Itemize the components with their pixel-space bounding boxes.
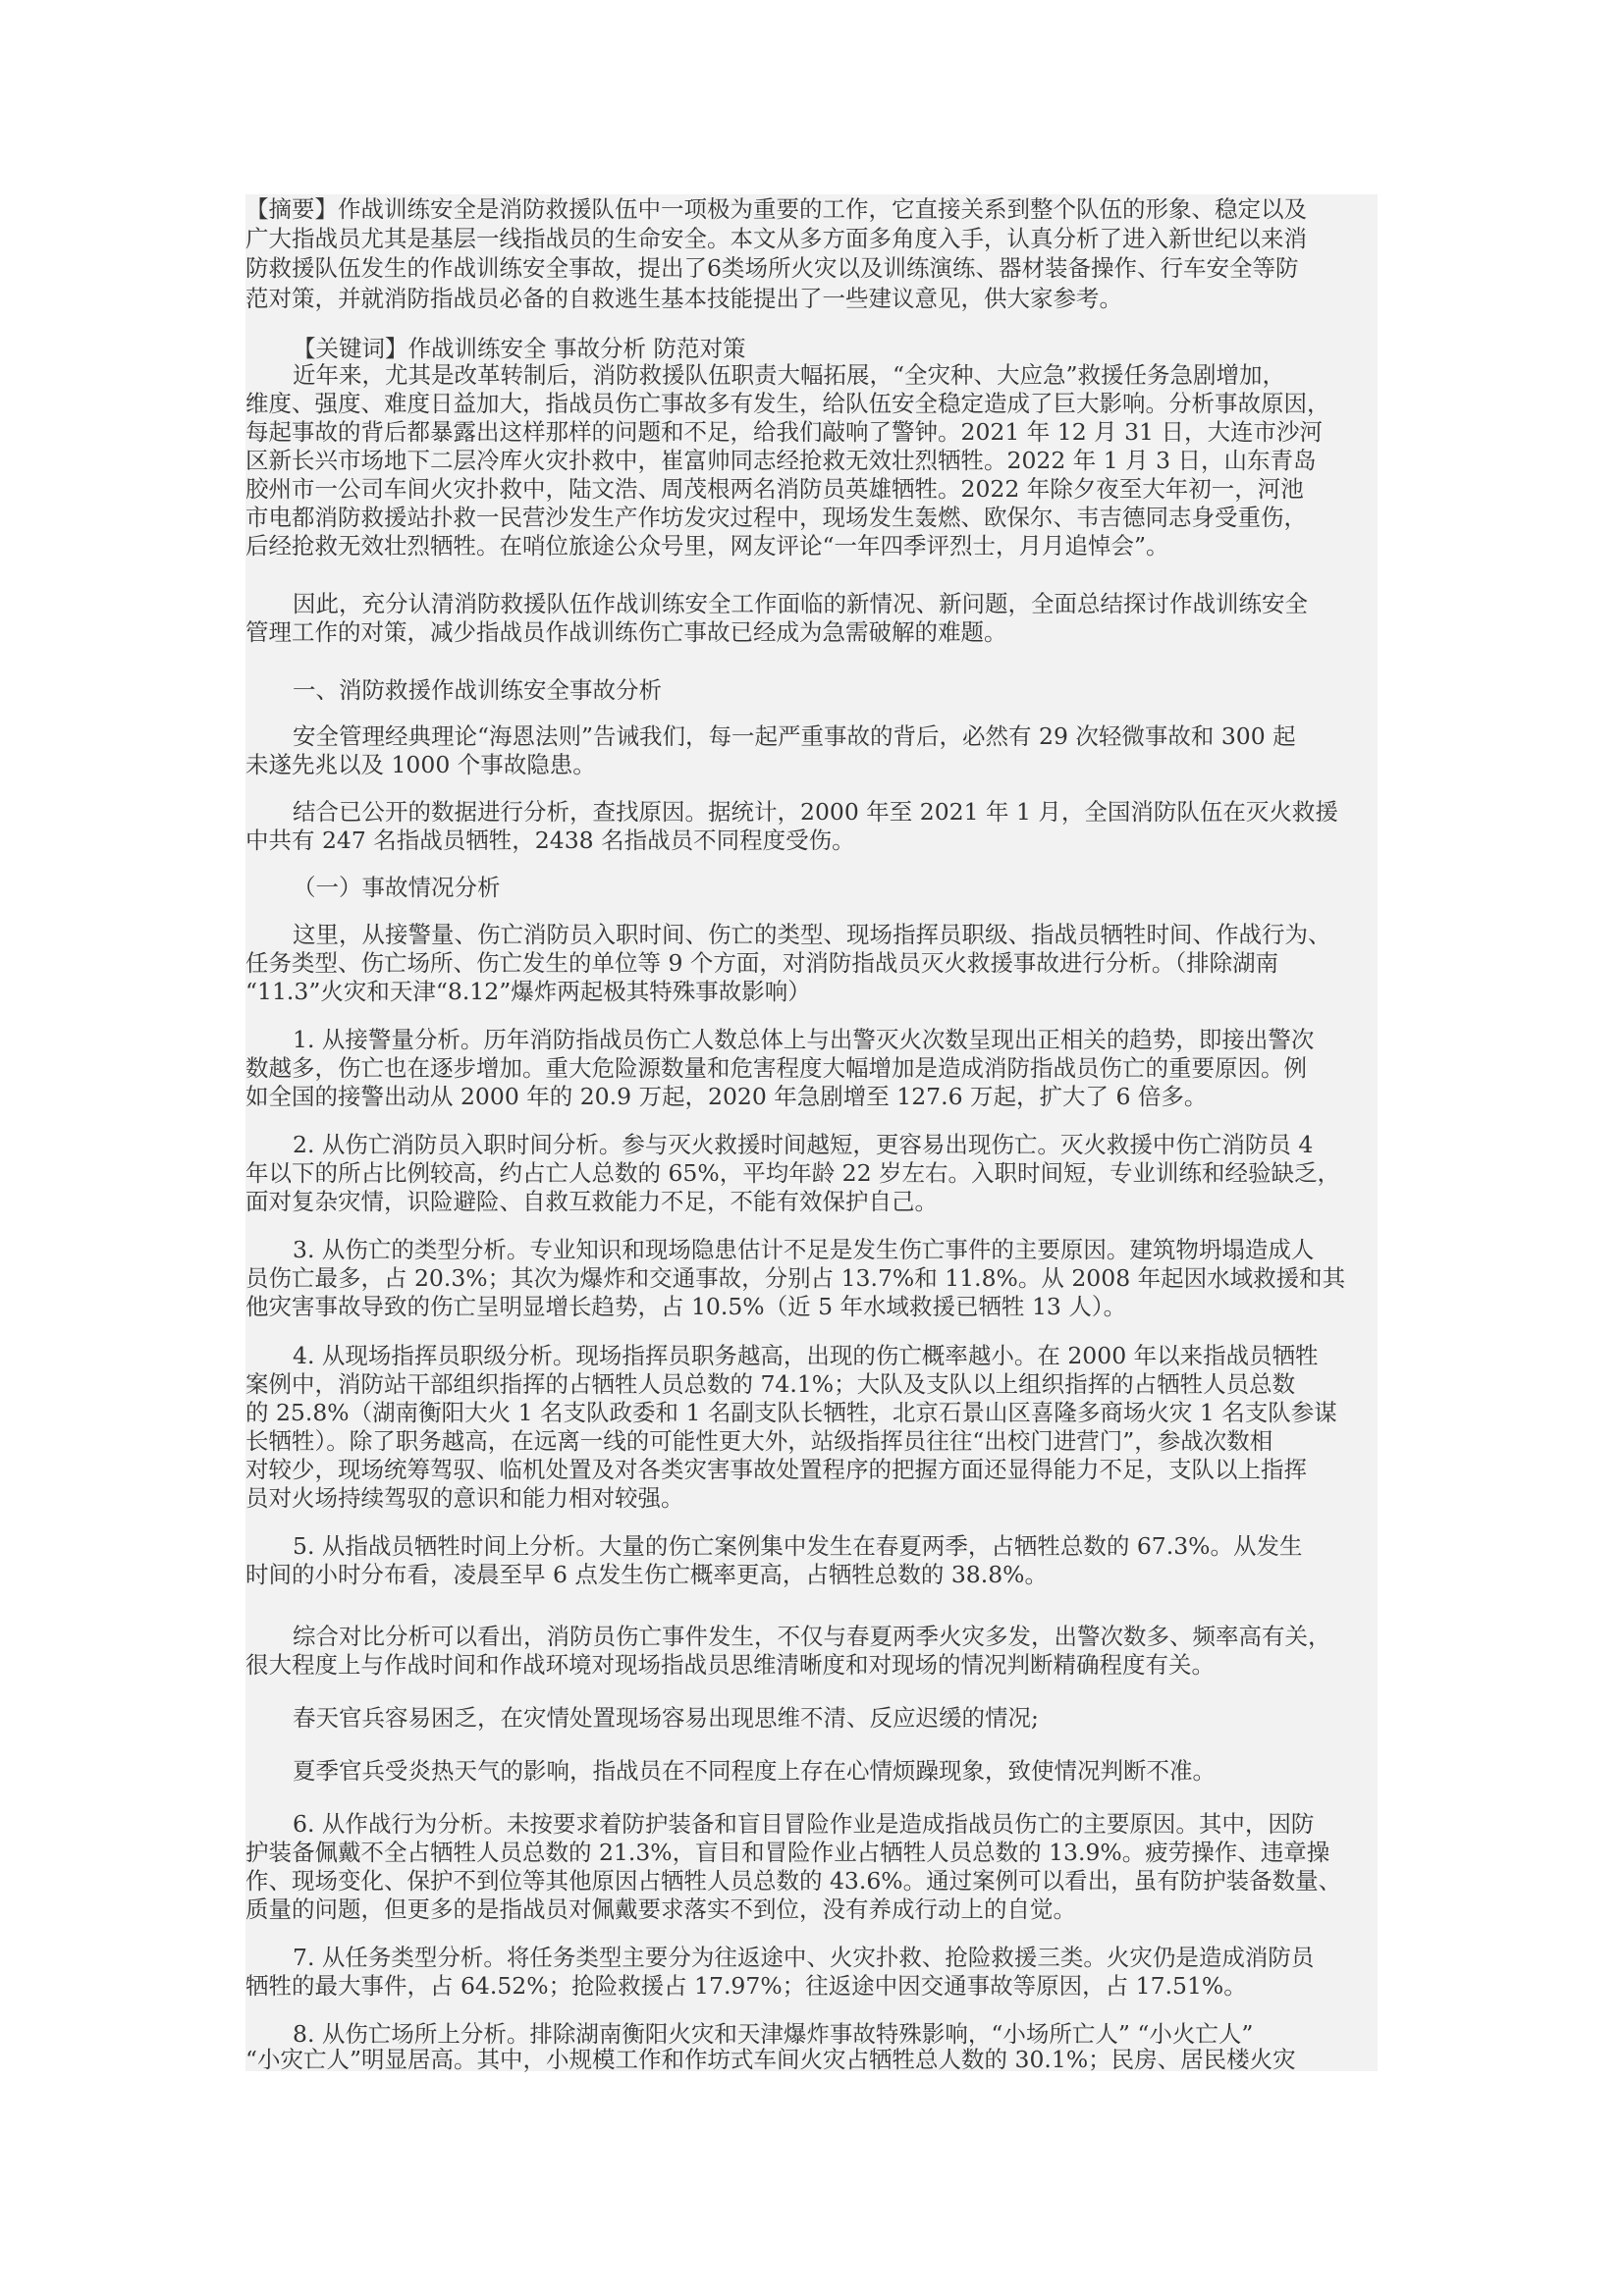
- summary-line: 综合对比分析可以看出，消防员伤亡事件发生，不仅与春夏两季火灾多发，出警次数多、频…: [293, 1622, 1331, 1651]
- item2-line: 年以下的所占比例较高，约占亡人总数的 65%，平均年龄 22 岁左右。入职时间短…: [245, 1158, 1340, 1188]
- intro-line: 近年来，尤其是改革转制后，消防救援队伍职责大幅拓展，“全灾种、大应急”救援任务急…: [293, 360, 1285, 390]
- item7-line: 牺牲的最大事件，占 64.52%；抢险救援占 17.97%；往返途中因交通事故等…: [245, 1971, 1247, 2001]
- item1-line: 1. 从接警量分析。历年消防指战员伤亡人数总体上与出警灭火次数呈现出正相关的趋势…: [293, 1025, 1314, 1054]
- item1-line: 数越多，伤亡也在逐步增加。重大危险源数量和危害程度大幅增加是造成消防指战员伤亡的…: [245, 1053, 1307, 1083]
- item3-line: 员伤亡最多，占 20.3%；其次为爆炸和交通事故，分别占 13.7%和 11.8…: [245, 1263, 1345, 1293]
- item4-line: 员对火场持续驾驭的意识和能力相对较强。: [245, 1483, 684, 1513]
- keywords: 【关键词】作战训练安全 事故分析 防范对策: [293, 334, 745, 363]
- intro-line: 维度、强度、难度日益加大，指战员伤亡事故多有发生，给队伍安全稳定造成了巨大影响。…: [245, 389, 1330, 418]
- stats-line: 结合已公开的数据进行分析，查找原因。据统计，2000 年至 2021 年 1 月…: [293, 797, 1338, 827]
- intro-line: 区新长兴市场地下二层冷库火灾扑救中，崔富帅同志经抢救无效壮烈牺牲。2022 年 …: [245, 446, 1317, 475]
- section-heading: 一、消防救援作战训练安全事故分析: [293, 675, 662, 705]
- abstract-line: 范对策，并就消防指战员必备的自救逃生基本技能提出了一些建议意见，供大家参考。: [245, 284, 1122, 313]
- item6-line: 护装备佩戴不全占牺牲人员总数的 21.3%，盲目和冒险作业占牺牲人员总数的 13…: [245, 1838, 1329, 1867]
- intro-line: 胶州市一公司车间火灾扑救中，陆文浩、周茂根两名消防员英雄牺牲。2022 年除夕夜…: [245, 474, 1304, 504]
- item8-line: “小灾亡人”明显居高。其中，小规模工作和作坊式车间火灾占牺牲总人数的 30.1%…: [245, 2045, 1296, 2074]
- overview-line: 任务类型、伤亡场所、伤亡发生的单位等 9 个方面，对消防指战员灭火救援事故进行分…: [245, 948, 1278, 978]
- item5-line: 5. 从指战员牺牲时间上分析。大量的伤亡案例集中发生在春夏两季，占牺牲总数的 6…: [293, 1531, 1303, 1561]
- item6-line: 6. 从作战行为分析。未按要求着防护装备和盲目冒险作业是造成指战员伤亡的主要原因…: [293, 1809, 1314, 1839]
- item2-line: 2. 从伤亡消防员入职时间分析。参与灭火救援时间越短，更容易出现伤亡。灭火救援中…: [293, 1130, 1313, 1159]
- item6-line: 质量的问题，但更多的是指战员对佩戴要求落实不到位，没有养成行动上的自觉。: [245, 1895, 1076, 1924]
- summer-note: 夏季官兵受炎热天气的影响，指战员在不同程度上存在心情烦躁现象，致使情况判断不准。: [293, 1756, 1216, 1786]
- spring-note: 春天官兵容易困乏，在灾情处置现场容易出现思维不清、反应迟缓的情况;: [293, 1703, 1039, 1733]
- item3-line: 3. 从伤亡的类型分析。专业知识和现场隐患估计不足是发生伤亡事件的主要原因。建筑…: [293, 1235, 1314, 1264]
- item3-line: 他灾害事故导致的伤亡呈明显增长趋势，占 10.5%（近 5 年水域救援已牺牲 1…: [245, 1292, 1126, 1321]
- item7-line: 7. 从任务类型分析。将任务类型主要分为往返途中、火灾扑救、抢险救援三类。火灾仍…: [293, 1943, 1314, 1972]
- item1-line: 如全国的接警出动从 2000 年的 20.9 万起，2020 年急剧增至 127…: [245, 1082, 1207, 1111]
- intro-line: 每起事故的背后都暴露出这样那样的问题和不足，给我们敲响了警钟。2021 年 12…: [245, 417, 1323, 447]
- therefore-line: 因此，充分认清消防救援队伍作战训练安全工作面临的新情况、新问题，全面总结探讨作战…: [293, 589, 1308, 618]
- subsection-heading: （一）事故情况分析: [293, 873, 501, 902]
- heinrich-line: 未遂先兆以及 1000 个事故隐患。: [245, 750, 596, 779]
- item4-line: 对较少，现场统筹驾驭、临机处置及对各类灾害事故处置程序的把握方面还显得能力不足，…: [245, 1455, 1307, 1484]
- item2-line: 面对复杂灾情，识险避险、自救互救能力不足，不能有效保护自己。: [245, 1187, 938, 1216]
- abstract-line: 防救援队伍发生的作战训练安全事故，提出了6类场所火灾以及训练演练、器材装备操作、…: [245, 253, 1298, 283]
- overview-line: 这里，从接警量、伤亡消防员入职时间、伤亡的类型、现场指挥员职级、指战员牺牲时间、…: [293, 920, 1331, 949]
- intro-line: 后经抢救无效壮烈牺牲。在哨位旅途公众号里，网友评论“一年四季评烈士，月月追悼会”…: [245, 531, 1169, 561]
- therefore-line: 管理工作的对策，减少指战员作战训练伤亡事故已经成为急需破解的难题。: [245, 617, 1007, 647]
- stats-line: 中共有 247 名指战员牺牲，2438 名指战员不同程度受伤。: [245, 826, 855, 855]
- overview-line: “11.3”火灾和天津“8.12”爆炸两起极其特殊事故影响）: [245, 977, 811, 1006]
- item5-line: 时间的小时分布看，凌晨至早 6 点发生伤亡概率更高，占牺牲总数的 38.8%。: [245, 1560, 1048, 1589]
- abstract-line: 广大指战员尤其是基层一线指战员的生命安全。本文从多方面多角度入手，认真分析了进入…: [245, 224, 1307, 253]
- summary-line: 很大程度上与作战时间和作战环境对现场指战员思维清晰度和对现场的情况判断精确程度有…: [245, 1650, 1215, 1680]
- heinrich-line: 安全管理经典理论“海恩法则”告诫我们，每一起严重事故的背后，必然有 29 次轻微…: [293, 721, 1296, 751]
- item6-line: 作、现场变化、保护不到位等其他原因占牺牲人员总数的 43.6%。通过案例可以看出…: [245, 1866, 1341, 1896]
- item4-line: 长牺牲）。除了职务越高，在远离一线的可能性更大外，站级指挥员往往“出校门进营门”…: [245, 1426, 1272, 1456]
- item4-line: 的 25.8%（湖南衡阳大火 1 名支队政委和 1 名副支队长牺牲，北京石景山区…: [245, 1398, 1337, 1427]
- abstract-line: 【摘要】作战训练安全是消防救援队伍中一项极为重要的工作，它直接关系到整个队伍的形…: [245, 194, 1307, 224]
- intro-line: 市电都消防救援站扑救一民营沙发生产作坊发灾过程中，现场发生轰燃、欧保尔、韦吉德同…: [245, 503, 1307, 532]
- item4-line: 4. 从现场指挥员职级分析。现场指挥员职务越高，出现的伤亡概率越小。在 2000…: [293, 1341, 1319, 1370]
- item4-line: 案例中，消防站干部组织指挥的占牺牲人员总数的 74.1%；大队及支队以上组织指挥…: [245, 1369, 1295, 1399]
